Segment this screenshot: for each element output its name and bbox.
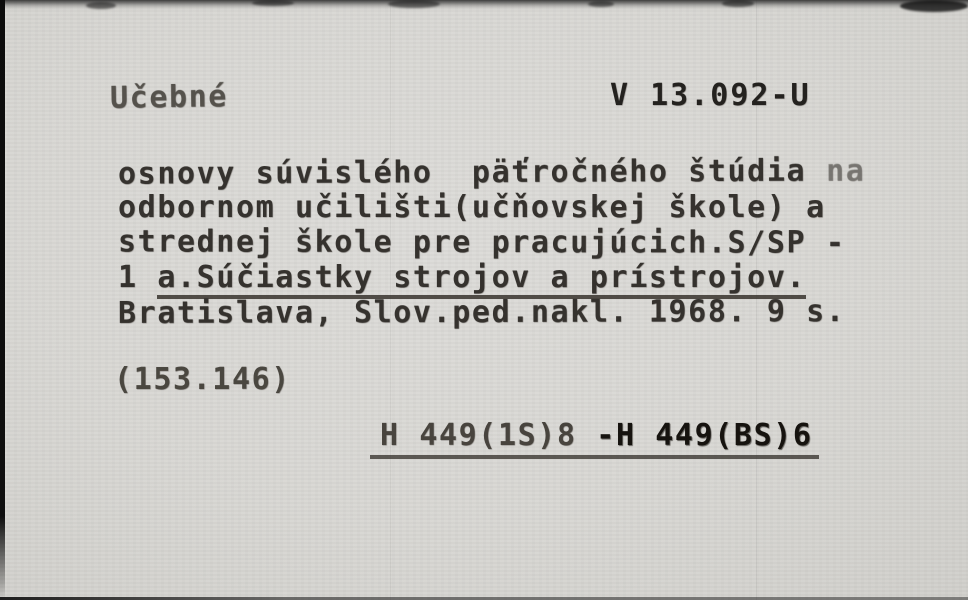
body-line: Bratislava, Slov.ped.nakl. 1968. 9 s. <box>118 294 846 331</box>
scan-artifact <box>588 1 614 7</box>
text-segment: H 449(1S)8 <box>380 418 596 453</box>
scan-artifact <box>252 0 294 6</box>
heading-word: Učebné <box>110 79 228 116</box>
call-number: V 13.092-U <box>610 78 811 113</box>
catalog-card: Učebné V 13.092-U osnovy súvislého päťro… <box>0 0 968 600</box>
scan-artifact <box>388 0 440 8</box>
scan-artifact <box>900 0 968 12</box>
body-line: osnovy súvislého päťročného štúdia na <box>118 153 865 192</box>
text-segment: na <box>806 153 865 188</box>
scan-top-edge <box>0 0 968 10</box>
text-segment: strednej škole pre pracujúcich.S/SP - <box>118 224 846 260</box>
scan-artifact <box>86 2 116 9</box>
text-segment: odbornom učilišti(učňovskej škole) a <box>118 190 826 225</box>
scan-left-edge <box>0 0 5 600</box>
body-line: odbornom učilišti(učňovskej škole) a <box>118 190 826 225</box>
scan-artifact <box>722 0 754 7</box>
text-segment: 1 <box>118 260 157 295</box>
text-segment: -H 449(BS)6 <box>596 418 812 453</box>
body-line: strednej škole pre pracujúcich.S/SP - <box>118 224 846 261</box>
body-line: 1 a.Súčiastky strojov a prístrojov. <box>118 260 806 295</box>
inventory-number: (153.146) <box>114 362 291 397</box>
shelf-mark: H 449(1S)8 -H 449(BS)6 <box>370 418 819 459</box>
text-segment: a.Súčiastky strojov a prístrojov. <box>157 260 806 299</box>
text-segment: osnovy súvislého päťročného štúdia <box>118 154 806 192</box>
text-segment: Bratislava, Slov.ped.nakl. 1968. 9 s. <box>118 294 846 331</box>
